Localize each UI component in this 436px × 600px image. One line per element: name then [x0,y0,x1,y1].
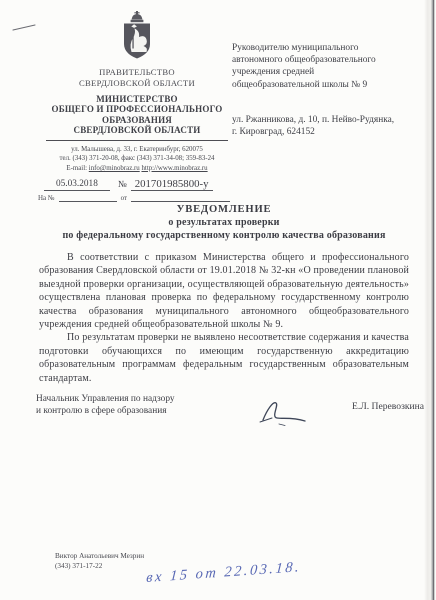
email-link: info@minobraz.ru [89,165,140,172]
letterhead-divider [46,140,228,141]
number-sign: № [118,180,127,190]
body-paragraph-1: В соответствии с приказом Министерства о… [39,251,409,331]
executor-name: Виктор Анатольевич Мезрин [55,552,144,562]
ref-from-label: от [121,194,127,202]
addressee-line: учреждения средней [232,66,426,78]
addressee-address-line: г. Кировград, 624152 [232,126,426,138]
signer-name: Е.Л. Перевозкина [352,401,424,412]
handwritten-signature-icon [256,395,318,432]
addressee-line: автономного общеобразовательного [232,54,426,66]
title-sub2: по федеральному государственному контрол… [36,229,412,242]
government-name-line2: СВЕРДЛОВСКОЙ ОБЛАСТИ [38,78,236,89]
pen-scratch-mark [12,20,38,38]
addressee-block: Руководителю муниципального автономного … [232,42,426,138]
sverdlovsk-coat-of-arms-icon [119,10,155,65]
sender-street-address: ул. Малышева, д. 33, г. Екатеринбург, 62… [38,145,236,154]
title-sub1: о результатах проверки [36,216,412,229]
signer-position-line1: Начальник Управления по надзору [36,393,216,405]
ministry-line: ОБЩЕГО И ПРОФЕССИОНАЛЬНОГО [38,104,236,114]
document-title: УВЕДОМЛЕНИЕ о результатах проверки по фе… [36,203,412,243]
executor-phone: (343) 371-17-22 [55,562,144,572]
email-label: E-mail: [66,165,87,172]
ministry-line: ОБРАЗОВАНИЯ [38,115,236,125]
scanned-letter-page: ПРАВИТЕЛЬСТВО СВЕРДЛОВСКОЙ ОБЛАСТИ МИНИС… [0,0,436,600]
ref-label: На № [38,194,55,202]
letter-date: 05.03.2018 [44,179,110,191]
ministry-line: МИНИСТЕРСТВО [38,94,236,104]
letter-body: В соответствии с приказом Министерства о… [39,251,409,385]
addressee-address-line: ул. Ржанникова, д. 10, п. Нейво-Рудянка, [232,114,426,126]
signer-position-line2: и контролю в сфере образования [36,405,216,417]
government-name-line1: ПРАВИТЕЛЬСТВО [38,67,236,78]
handwritten-registration-note: вх 15 от 22.03.18. [146,556,347,587]
ministry-line: СВЕРДЛОВСКОЙ ОБЛАСТИ [38,125,236,135]
letter-number: 201701985800-у [131,178,213,191]
letterhead: ПРАВИТЕЛЬСТВО СВЕРДЛОВСКОЙ ОБЛАСТИ МИНИС… [38,10,236,202]
body-paragraph-2: По результатам проверки не выявлено несо… [39,331,409,385]
signature-block: Начальник Управления по надзору и контро… [36,393,428,432]
sender-email-website: E-mail: info@minobraz.ru http://www.mino… [38,164,236,173]
addressee-line: общеобразовательной школы № 9 [232,79,426,91]
executor-contact: Виктор Анатольевич Мезрин (343) 371-17-2… [55,552,144,571]
title-main: УВЕДОМЛЕНИЕ [36,203,412,216]
sender-phone-fax: тел. (343) 371-20-08, факс (343) 371-34-… [38,154,236,163]
ministry-name: МИНИСТЕРСТВО ОБЩЕГО И ПРОФЕССИОНАЛЬНОГО … [38,94,236,135]
addressee-line: Руководителю муниципального [232,42,426,54]
website-link: http://www.minobraz.ru [141,165,207,172]
